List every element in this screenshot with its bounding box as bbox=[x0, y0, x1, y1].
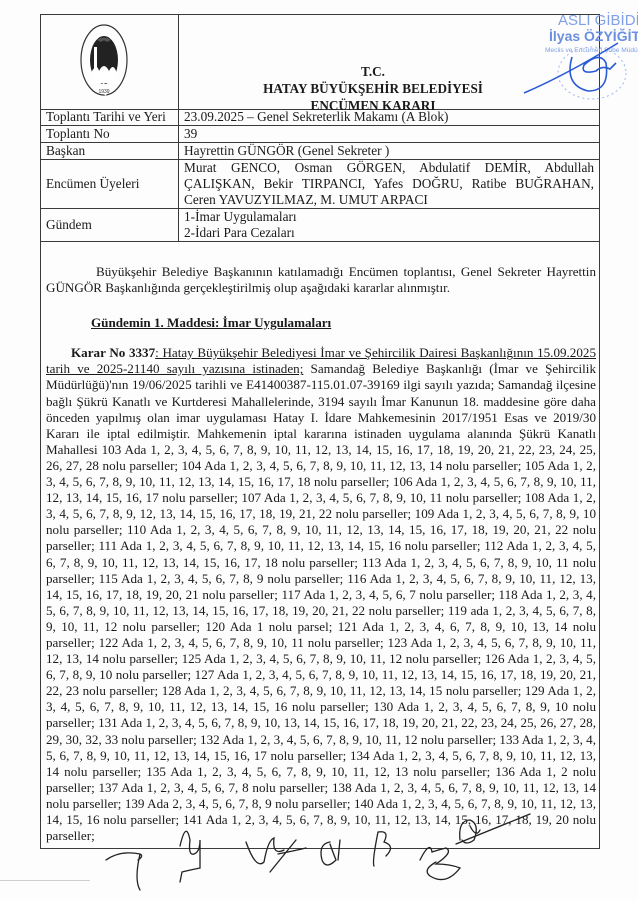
scan-edge-line bbox=[0, 880, 90, 881]
members-label: Encümen Üyeleri bbox=[41, 160, 179, 209]
meeting-no-label: Toplantı No bbox=[41, 126, 179, 143]
decision-text: Samandağ Belediye Başkanlığı (İmar ve Şe… bbox=[46, 361, 596, 843]
signature-3 bbox=[246, 838, 306, 872]
stamp-line3: Meclis ve Encümen Şube Müdürü bbox=[545, 47, 638, 54]
signatures-icon bbox=[60, 790, 638, 900]
signature-1 bbox=[106, 853, 142, 890]
table-row: Başkan Hayrettin GÜNGÖR (Genel Sekreter … bbox=[41, 143, 599, 160]
agenda-item: 1-İmar Uygulamaları bbox=[184, 209, 594, 225]
signature-6 bbox=[420, 848, 460, 880]
table-row: Toplantı No 39 bbox=[41, 126, 599, 143]
document-body: Büyükşehir Belediye Başkanının katılamad… bbox=[46, 264, 596, 844]
agenda-item: 2-İdari Para Cezaları bbox=[184, 225, 594, 241]
decision-paragraph: Karar No 3337: Hatay Büyükşehir Belediye… bbox=[46, 345, 596, 844]
document-frame: 1939 T.C. HATAY BÜYÜKŞEHİR BELEDİYESİ EN… bbox=[40, 14, 600, 849]
stamp-line1: ASLI GİBİDİR bbox=[558, 11, 638, 29]
signature-2 bbox=[180, 831, 200, 882]
document-header: 1939 T.C. HATAY BÜYÜKŞEHİR BELEDİYESİ EN… bbox=[41, 15, 599, 110]
agenda-label: Gündem bbox=[41, 209, 179, 242]
agenda-value: 1-İmar Uygulamaları 2-İdari Para Cezalar… bbox=[179, 209, 600, 242]
svg-text:1939: 1939 bbox=[98, 89, 109, 95]
signature-7 bbox=[456, 814, 530, 844]
agenda-section-title: Gündemin 1. Maddesi: İmar Uygulamaları bbox=[91, 315, 596, 331]
meeting-date-label: Toplantı Tarihi ve Yeri bbox=[41, 109, 179, 126]
municipality-logo-icon: 1939 bbox=[79, 23, 129, 97]
decision-number: Karar No 3337 bbox=[71, 345, 155, 360]
signature-5 bbox=[374, 832, 391, 866]
table-row: Toplantı Tarihi ve Yeri 23.09.2025 – Gen… bbox=[41, 109, 599, 126]
meeting-info-table: Toplantı Tarihi ve Yeri 23.09.2025 – Gen… bbox=[41, 109, 599, 242]
stamp-line2: İlyas ÖZYİĞİT bbox=[549, 27, 638, 44]
logo-cell: 1939 bbox=[41, 15, 179, 109]
signature-4 bbox=[321, 840, 340, 865]
table-row: Encümen Üyeleri Murat GENCO, Osman GÖRGE… bbox=[41, 160, 599, 209]
table-row: Gündem 1-İmar Uygulamaları 2-İdari Para … bbox=[41, 209, 599, 242]
chairman-value: Hayrettin GÜNGÖR (Genel Sekreter ) bbox=[179, 143, 600, 160]
members-value: Murat GENCO, Osman GÖRGEN, Abdulatif DEM… bbox=[179, 160, 600, 209]
meeting-no-value: 39 bbox=[179, 126, 600, 143]
chairman-label: Başkan bbox=[41, 143, 179, 160]
meeting-date-value: 23.09.2025 – Genel Sekreterlik Makamı (A… bbox=[179, 109, 600, 126]
certified-copy-stamp-icon: ASLI GİBİDİR İlyas ÖZYİĞİT Meclis ve Enc… bbox=[506, 5, 638, 109]
intro-paragraph: Büyükşehir Belediye Başkanının katılamad… bbox=[46, 264, 596, 296]
